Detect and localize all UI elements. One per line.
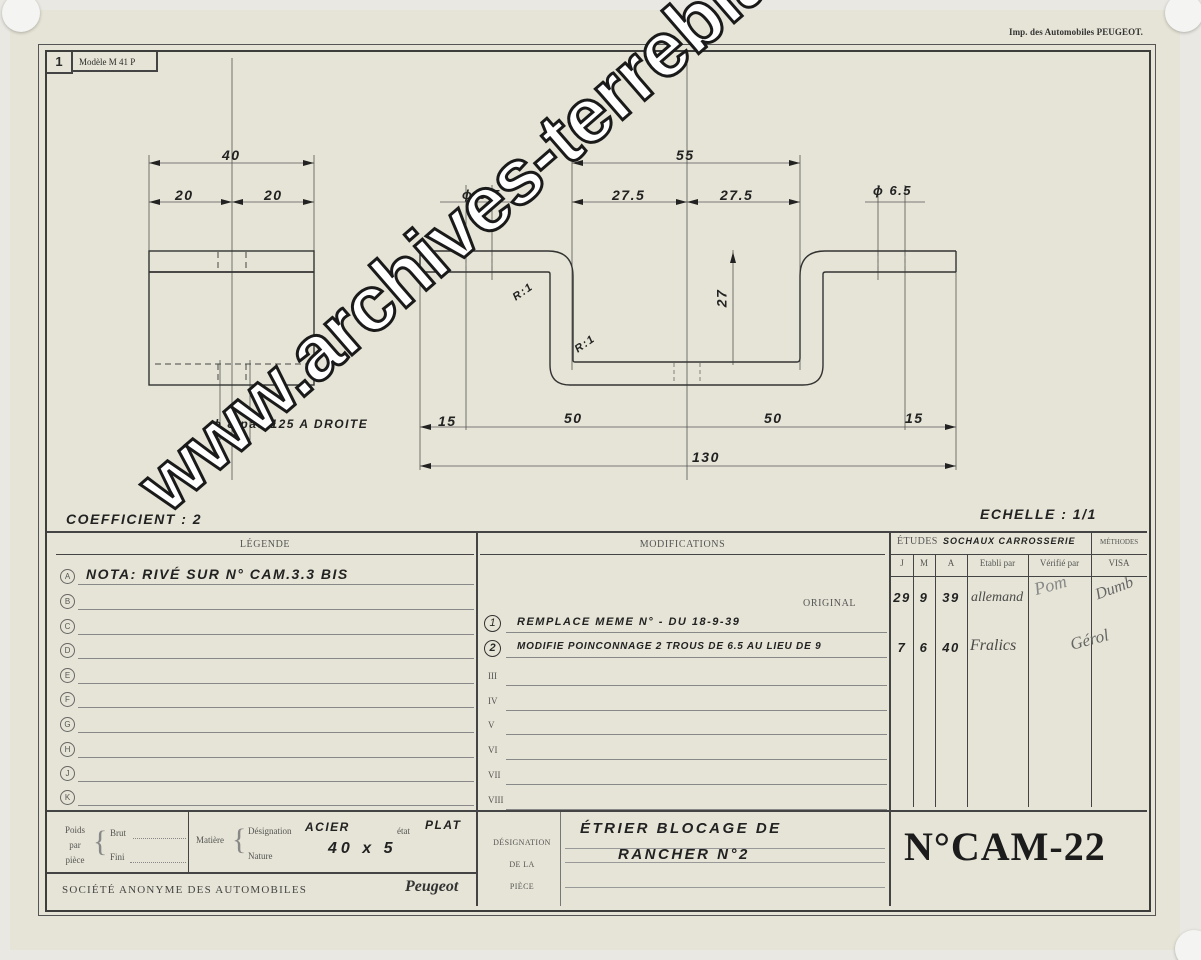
modification-text-2: MODIFIE POINCONNAGE 2 TROUS DE 6.5 AU LI… — [517, 641, 822, 652]
row1-month: 9 — [913, 590, 935, 605]
modification-key-3: III — [488, 671, 497, 681]
etudes-header: ÉTUDES — [897, 536, 938, 547]
designation-value: ACIER — [305, 820, 350, 834]
legende-row-b: B — [56, 590, 474, 614]
legende-key-k: K — [60, 790, 75, 805]
peugeot-logo: Peugeot — [405, 878, 458, 896]
row1-etabli-par: allemand — [971, 590, 1023, 606]
legende-key-d: D — [60, 643, 75, 658]
dim-depth: 27 — [713, 289, 729, 308]
original-label: ORIGINAL — [803, 598, 856, 609]
poids-brace-icon: { — [93, 822, 107, 862]
modification-row-6: VI — [482, 739, 887, 763]
company-name: SOCIÉTÉ ANONYME DES AUTOMOBILES — [62, 884, 307, 896]
legende-header: LÉGENDE — [56, 539, 474, 550]
poids-label: Poids par pièce — [60, 823, 90, 868]
fini-field — [130, 862, 186, 863]
col-etabli-par: Etabli par — [967, 558, 1028, 568]
dim-half-left: 20 — [175, 187, 194, 203]
col-a: A — [935, 558, 967, 568]
dim-left-flange: 15 — [438, 413, 457, 429]
legende-row-e: E — [56, 664, 474, 688]
titleblock-divider-3 — [1091, 531, 1092, 807]
dim-half-right: 20 — [264, 187, 283, 203]
modification-row-4: IV — [482, 690, 887, 714]
etudes-department: SOCHAUX CARROSSERIE — [943, 536, 1076, 546]
brut-field — [133, 838, 186, 839]
titleblock-divider-1 — [476, 531, 478, 906]
company-rule — [47, 872, 477, 874]
legende-row-c: C — [56, 615, 474, 639]
modification-row-8: VIII — [482, 789, 887, 813]
legende-row-k: K — [56, 786, 474, 810]
nature-label: Nature — [248, 851, 273, 861]
dim-overall-width: 40 — [222, 147, 241, 163]
modification-key-2: 2 — [484, 640, 501, 657]
modification-key-1: 1 — [484, 615, 501, 632]
etat-value: PLAT — [425, 818, 461, 832]
titleblock-divider-2 — [889, 531, 891, 906]
legende-key-a: A — [60, 569, 75, 584]
legende-key-f: F — [60, 692, 75, 707]
row2-day: 7 — [891, 640, 913, 655]
designation-line-2: RANCHER N°2 — [618, 846, 750, 863]
etudes-col-a — [967, 555, 968, 807]
legende-row-h: H — [56, 738, 474, 762]
matiere-label: Matière — [196, 835, 224, 845]
dim-right-segment: 50 — [764, 410, 783, 426]
dim-channel-half-right: 27.5 — [720, 187, 753, 203]
modification-row-1: 1 REMPLACE MEME N° - DU 18-9-39 — [482, 612, 887, 636]
legende-key-b: B — [60, 594, 75, 609]
methodes-header: MÉTHODES — [1100, 538, 1138, 546]
row2-etabli-signature-icon: Fralics — [970, 637, 1016, 655]
row2-year: 40 — [935, 640, 967, 655]
legende-key-j: J — [60, 766, 75, 781]
row1-year: 39 — [935, 590, 967, 605]
modification-row-3: III — [482, 665, 887, 689]
brut-label: Brut — [110, 828, 126, 838]
etudes-col-etabli — [1028, 555, 1029, 807]
row2-month: 6 — [913, 640, 935, 655]
dim-channel-width: 55 — [676, 147, 695, 163]
legende-row-j: J — [56, 762, 474, 786]
legende-row-a: A NOTA: RIVÉ SUR N° CAM.3.3 BIS — [56, 565, 474, 589]
nature-value: 40 x 5 — [328, 840, 396, 858]
modification-key-4: IV — [488, 696, 498, 706]
legende-key-g: G — [60, 717, 75, 732]
etudes-col-rule — [891, 576, 1147, 577]
modification-text-1: REMPLACE MEME N° - DU 18-9-39 — [517, 616, 740, 628]
col-j: J — [891, 558, 913, 568]
etudes-header-rule — [891, 554, 1147, 555]
legende-row-d: D — [56, 639, 474, 663]
row1-day: 29 — [891, 590, 913, 605]
legende-text-a: NOTA: RIVÉ SUR N° CAM.3.3 BIS — [86, 566, 349, 582]
col-verifie-par: Vérifié par — [1028, 558, 1091, 568]
legende-key-c: C — [60, 619, 75, 634]
modification-row-2: 2 MODIFIE POINCONNAGE 2 TROUS DE 6.5 AU … — [482, 637, 887, 661]
dim-hole-right: ϕ 6.5 — [873, 183, 912, 198]
designation-line-1: ÉTRIER BLOCAGE DE — [580, 820, 782, 837]
dim-right-flange: 15 — [905, 410, 924, 426]
dim-overall-length: 130 — [692, 449, 720, 465]
legende-header-rule — [56, 554, 474, 555]
poids-divider — [188, 812, 189, 872]
legende-row-g: G — [56, 713, 474, 737]
legende-key-e: E — [60, 668, 75, 683]
designation-label: Désignation — [248, 826, 292, 836]
designation-piece-label: DÉSIGNATION DE LA PIÈCE — [482, 832, 562, 898]
modification-key-6: VI — [488, 745, 498, 755]
legende-key-h: H — [60, 742, 75, 757]
modifications-header: MODIFICATIONS — [480, 539, 885, 550]
dim-channel-half-left: 27.5 — [612, 187, 645, 203]
matiere-brace-icon: { — [232, 820, 246, 860]
modification-key-5: V — [488, 720, 495, 730]
col-visa: VISA — [1091, 558, 1147, 568]
dim-left-segment: 50 — [564, 410, 583, 426]
modification-key-8: VIII — [488, 795, 504, 805]
titleblock-top-rule — [47, 531, 1147, 533]
etat-label: état — [397, 826, 410, 836]
col-m: M — [913, 558, 935, 568]
modification-key-7: VII — [488, 770, 501, 780]
modification-row-5: V — [482, 714, 887, 738]
modifications-header-rule — [480, 554, 885, 555]
modification-row-7: VII — [482, 764, 887, 788]
fini-label: Fini — [110, 852, 125, 862]
part-number-stamp: N°CAM-22 — [904, 823, 1106, 870]
scale-label: ECHELLE : 1/1 — [980, 506, 1097, 522]
legende-row-f: F — [56, 688, 474, 712]
